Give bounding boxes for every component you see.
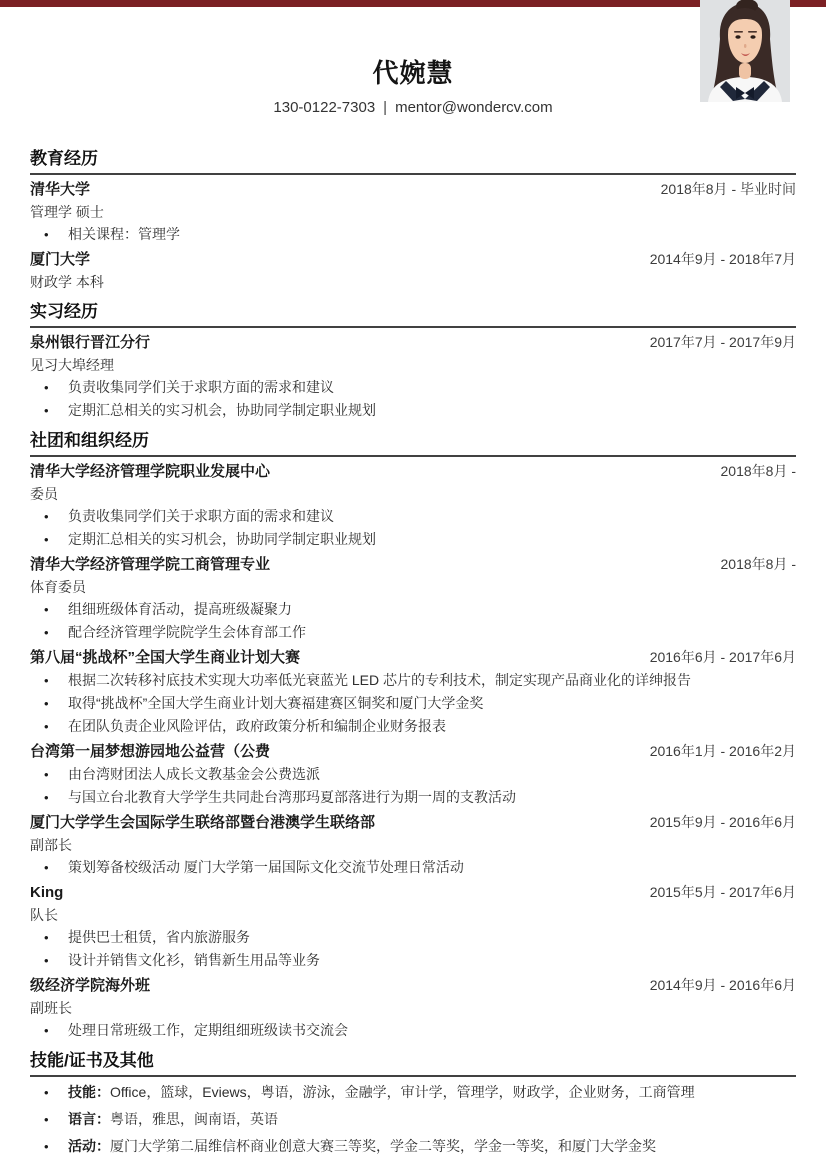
entry-title: 台湾第一届梦想游园地公益营（公费 (30, 740, 270, 763)
bullet-text: 相关课程：管理学 (68, 223, 796, 246)
section-title: 技能/证书及其他 (30, 1050, 796, 1077)
section-entries: 清华大学经济管理学院职业发展中心2018年8月 -委员•负责收集同学们关于求职方… (30, 460, 796, 1042)
entry-header: 级经济学院海外班2014年9月 - 2016年6月 (30, 974, 796, 997)
resume-section: 社团和组织经历 清华大学经济管理学院职业发展中心2018年8月 -委员•负责收集… (30, 430, 796, 1042)
contact-separator: | (383, 99, 387, 116)
bullet-item: •负责收集同学们关于求职方面的需求和建议 (30, 505, 796, 528)
bullet-text: 取得“挑战杯”全国大学生商业计划大赛福建赛区铜奖和厦门大学金奖 (68, 692, 796, 715)
bullet-icon: • (30, 926, 68, 949)
bullet-icon: • (30, 621, 68, 644)
resume-section: 实习经历 泉州银行晋江分行2017年7月 - 2017年9月见习大埠经理•负责收… (30, 301, 796, 422)
profile-photo (700, 0, 790, 102)
bullet-text: 设计并销售文化衫，销售新生用品等业务 (68, 949, 796, 972)
entry-header: 泉州银行晋江分行2017年7月 - 2017年9月 (30, 331, 796, 354)
bullet-icon: • (30, 223, 68, 246)
bullet-item: •组细班级体育活动，提高班级凝聚力 (30, 598, 796, 621)
section-title: 教育经历 (30, 148, 796, 175)
bullet-item: •定期汇总相关的实习机会，协助同学制定职业规划 (30, 399, 796, 422)
bullet-icon: • (30, 949, 68, 972)
experience-entry: 级经济学院海外班2014年9月 - 2016年6月副班长•处理日常班级工作，定期… (30, 974, 796, 1042)
bullet-item: •策划筹备校级活动 厦门大学第一届国际文化交流节处理日常活动 (30, 856, 796, 879)
labeled-bullet: 技能：Office，篮球，Eviews，粤语，游泳，金融学，审计学，管理学，财政… (68, 1081, 796, 1104)
entry-title: King (30, 881, 63, 904)
entry-date: 2015年5月 - 2017年6月 (650, 881, 796, 904)
experience-entry: 泉州银行晋江分行2017年7月 - 2017年9月见习大埠经理•负责收集同学们关… (30, 331, 796, 422)
entry-title: 级经济学院海外班 (30, 974, 150, 997)
phone-number: 130-0122-7303 (273, 99, 375, 116)
entry-subtitle: 财政学 本科 (30, 271, 796, 293)
resume-body: 教育经历 清华大学2018年8月 - 毕业时间管理学 硕士•相关课程：管理学厦门… (0, 148, 826, 1158)
entry-header: 清华大学经济管理学院职业发展中心2018年8月 - (30, 460, 796, 483)
bullet-icon: • (30, 669, 68, 692)
bullet-item: •配合经济管理学院院学生会体育部工作 (30, 621, 796, 644)
bullet-icon: • (30, 856, 68, 879)
bullet-icon: • (30, 715, 68, 738)
labeled-bullet-item: •语言：粤语，雅思，闽南语，英语 (30, 1108, 796, 1131)
bullet-icon: • (30, 1108, 68, 1131)
bullet-item: •负责收集同学们关于求职方面的需求和建议 (30, 376, 796, 399)
labeled-bullet: 活动：厦门大学第二届维信杯商业创意大赛三等奖，学金二等奖，学金一等奖，和厦门大学… (68, 1135, 796, 1158)
entry-date: 2016年6月 - 2017年6月 (650, 646, 796, 669)
entry-header: 清华大学经济管理学院工商管理专业2018年8月 - (30, 553, 796, 576)
entry-date: 2017年7月 - 2017年9月 (650, 331, 796, 354)
resume-section: 教育经历 清华大学2018年8月 - 毕业时间管理学 硕士•相关课程：管理学厦门… (30, 148, 796, 293)
bullet-text: 负责收集同学们关于求职方面的需求和建议 (68, 376, 796, 399)
bullet-icon: • (30, 505, 68, 528)
bullet-item: •相关课程：管理学 (30, 223, 796, 246)
bullet-label: 活动： (68, 1138, 110, 1154)
portrait-illustration (700, 0, 790, 102)
bullet-item: •在团队负责企业风险评估，政府政策分析和编制企业财务报表 (30, 715, 796, 738)
section-entries: •技能：Office，篮球，Eviews，粤语，游泳，金融学，审计学，管理学，财… (30, 1081, 796, 1158)
bullet-icon: • (30, 692, 68, 715)
entry-header: King2015年5月 - 2017年6月 (30, 881, 796, 904)
bullet-text: 提供巴士租赁，省内旅游服务 (68, 926, 796, 949)
entry-title: 厦门大学 (30, 248, 90, 271)
bullet-text: 策划筹备校级活动 厦门大学第一届国际文化交流节处理日常活动 (68, 856, 796, 879)
bullet-text: 组细班级体育活动，提高班级凝聚力 (68, 598, 796, 621)
bullet-text: 在团队负责企业风险评估，政府政策分析和编制企业财务报表 (68, 715, 796, 738)
bullet-icon: • (30, 376, 68, 399)
bullet-icon: • (30, 598, 68, 621)
entry-title: 清华大学 (30, 178, 90, 201)
experience-entry: 清华大学经济管理学院工商管理专业2018年8月 -体育委员•组细班级体育活动，提… (30, 553, 796, 644)
bullet-icon: • (30, 1081, 68, 1104)
bullet-icon: • (30, 763, 68, 786)
entry-date: 2014年9月 - 2018年7月 (650, 248, 796, 271)
resume-header: 代婉慧 130-0122-7303|mentor@wondercv.com (0, 7, 826, 118)
bullet-item: •定期汇总相关的实习机会，协助同学制定职业规划 (30, 528, 796, 551)
entry-date: 2018年8月 - (721, 460, 796, 483)
experience-entry: 厦门大学2014年9月 - 2018年7月财政学 本科 (30, 248, 796, 293)
resume-section: 技能/证书及其他 •技能：Office，篮球，Eviews，粤语，游泳，金融学，… (30, 1050, 796, 1158)
bullet-icon: • (30, 786, 68, 809)
bullet-text: 定期汇总相关的实习机会，协助同学制定职业规划 (68, 528, 796, 551)
section-title: 社团和组织经历 (30, 430, 796, 457)
bullet-text: 根据二次转移衬底技术实现大功率低光衰蓝光 LED 芯片的专利技术，制定实现产品商… (68, 669, 796, 692)
email-address: mentor@wondercv.com (395, 99, 553, 116)
bullet-item: •提供巴士租赁，省内旅游服务 (30, 926, 796, 949)
entry-date: 2015年9月 - 2016年6月 (650, 811, 796, 834)
bullet-text: 由台湾财团法人成长文教基金会公费选派 (68, 763, 796, 786)
bullet-text: 负责收集同学们关于求职方面的需求和建议 (68, 505, 796, 528)
bullet-icon: • (30, 399, 68, 422)
labeled-bullet-item: •活动：厦门大学第二届维信杯商业创意大赛三等奖，学金二等奖，学金一等奖，和厦门大… (30, 1135, 796, 1158)
entry-title: 清华大学经济管理学院工商管理专业 (30, 553, 270, 576)
bullet-text: 粤语，雅思，闽南语，英语 (110, 1111, 278, 1127)
entry-title: 泉州银行晋江分行 (30, 331, 150, 354)
bullet-text: Office，篮球，Eviews，粤语，游泳，金融学，审计学，管理学，财政学，企… (110, 1084, 695, 1100)
entry-title: 厦门大学学生会国际学生联络部暨台港澳学生联络部 (30, 811, 375, 834)
bullet-icon: • (30, 528, 68, 551)
entry-header: 厦门大学学生会国际学生联络部暨台港澳学生联络部2015年9月 - 2016年6月 (30, 811, 796, 834)
bullet-item: •处理日常班级工作，定期组细班级读书交流会 (30, 1019, 796, 1042)
bullet-text: 定期汇总相关的实习机会，协助同学制定职业规划 (68, 399, 796, 422)
bullet-item: •由台湾财团法人成长文教基金会公费选派 (30, 763, 796, 786)
labeled-bullet-item: •技能：Office，篮球，Eviews，粤语，游泳，金融学，审计学，管理学，财… (30, 1081, 796, 1104)
bullet-text: 厦门大学第二届维信杯商业创意大赛三等奖，学金二等奖，学金一等奖，和厦门大学金奖 (110, 1138, 656, 1154)
bullet-item: •根据二次转移衬底技术实现大功率低光衰蓝光 LED 芯片的专利技术，制定实现产品… (30, 669, 796, 692)
experience-entry: 厦门大学学生会国际学生联络部暨台港澳学生联络部2015年9月 - 2016年6月… (30, 811, 796, 879)
bullet-text: 与国立台北教育大学学生共同赴台湾那玛夏部落进行为期一周的支教活动 (68, 786, 796, 809)
section-entries: 泉州银行晋江分行2017年7月 - 2017年9月见习大埠经理•负责收集同学们关… (30, 331, 796, 422)
entry-subtitle: 委员 (30, 483, 796, 505)
entry-subtitle: 体育委员 (30, 576, 796, 598)
bullet-item: •设计并销售文化衫，销售新生用品等业务 (30, 949, 796, 972)
entry-title: 第八届“挑战杯”全国大学生商业计划大赛 (30, 646, 300, 669)
resume-page: 代婉慧 130-0122-7303|mentor@wondercv.com (0, 0, 826, 1169)
bullet-text: 处理日常班级工作，定期组细班级读书交流会 (68, 1019, 796, 1042)
entry-date: 2018年8月 - (721, 553, 796, 576)
bullet-icon: • (30, 1019, 68, 1042)
entry-date: 2018年8月 - 毕业时间 (661, 178, 796, 201)
bullet-icon: • (30, 1135, 68, 1158)
entry-subtitle: 队长 (30, 904, 796, 926)
bullet-label: 语言： (68, 1111, 110, 1127)
experience-entry: 第八届“挑战杯”全国大学生商业计划大赛2016年6月 - 2017年6月•根据二… (30, 646, 796, 738)
entry-header: 第八届“挑战杯”全国大学生商业计划大赛2016年6月 - 2017年6月 (30, 646, 796, 669)
entry-header: 台湾第一届梦想游园地公益营（公费2016年1月 - 2016年2月 (30, 740, 796, 763)
experience-entry: 清华大学2018年8月 - 毕业时间管理学 硕士•相关课程：管理学 (30, 178, 796, 246)
section-entries: 清华大学2018年8月 - 毕业时间管理学 硕士•相关课程：管理学厦门大学201… (30, 178, 796, 293)
experience-entry: 台湾第一届梦想游园地公益营（公费2016年1月 - 2016年2月•由台湾财团法… (30, 740, 796, 809)
bullet-item: •取得“挑战杯”全国大学生商业计划大赛福建赛区铜奖和厦门大学金奖 (30, 692, 796, 715)
bullet-item: •与国立台北教育大学学生共同赴台湾那玛夏部落进行为期一周的支教活动 (30, 786, 796, 809)
entry-title: 清华大学经济管理学院职业发展中心 (30, 460, 270, 483)
bullet-text: 配合经济管理学院院学生会体育部工作 (68, 621, 796, 644)
entry-date: 2016年1月 - 2016年2月 (650, 740, 796, 763)
entry-header: 清华大学2018年8月 - 毕业时间 (30, 178, 796, 201)
labeled-bullet: 语言：粤语，雅思，闽南语，英语 (68, 1108, 796, 1131)
entry-subtitle: 见习大埠经理 (30, 354, 796, 376)
entry-subtitle: 副部长 (30, 834, 796, 856)
entry-date: 2014年9月 - 2016年6月 (650, 974, 796, 997)
entry-header: 厦门大学2014年9月 - 2018年7月 (30, 248, 796, 271)
entry-subtitle: 管理学 硕士 (30, 201, 796, 223)
entry-subtitle: 副班长 (30, 997, 796, 1019)
experience-entry: King2015年5月 - 2017年6月队长•提供巴士租赁，省内旅游服务•设计… (30, 881, 796, 972)
section-title: 实习经历 (30, 301, 796, 328)
experience-entry: 清华大学经济管理学院职业发展中心2018年8月 -委员•负责收集同学们关于求职方… (30, 460, 796, 551)
bullet-label: 技能： (68, 1084, 110, 1100)
